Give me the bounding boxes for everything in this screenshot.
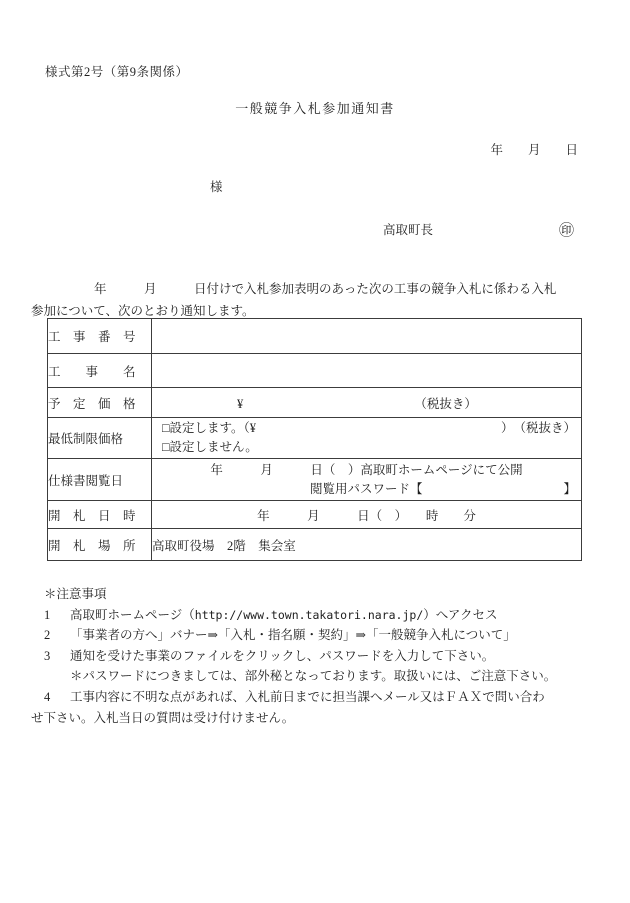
intro-line-1: 年 月 日付けで入札参加表明のあった次の工事の競争入札に係わる入札 <box>31 278 599 300</box>
construction-number-label: 工 事 番 号 <box>48 319 152 354</box>
opening-datetime-row: 開 札 日 時 年 月 日（ ） 時 分 <box>48 501 582 529</box>
opening-datetime-label: 開 札 日 時 <box>48 501 152 529</box>
planned-price-value: ¥ （税抜き） <box>152 388 582 418</box>
minimum-price-set-suffix: ） （税抜き） <box>501 419 576 438</box>
password-blank-space <box>423 480 564 499</box>
note-2-text: 「事業者の方へ」バナー⇒「入札・指名願・契約」⇒「一般競争入札について」 <box>31 625 606 646</box>
opening-place-label: 開 札 場 所 <box>48 529 152 561</box>
minimum-price-option-set: □設定します。（¥ ） （税抜き） <box>152 419 581 438</box>
planned-price-row: 予 定 価 格 ¥ （税抜き） <box>48 388 582 418</box>
opening-place-value: 高取町役場 2階 集会室 <box>152 529 582 561</box>
construction-name-value <box>152 354 582 388</box>
notes-heading: ＊注意事項 <box>31 584 606 605</box>
spec-view-date-line: 年 月 日（ ）高取町ホームページにて公開 <box>152 461 581 480</box>
note-1-url: http://www.town.takatori.nara.jp/ <box>195 608 423 622</box>
seal-stamp-icon: ㊞ <box>559 219 574 240</box>
note-1-number: 1 <box>44 605 50 626</box>
issuer-name: 高取町長 <box>383 220 433 238</box>
checkbox-not-set-option: □設定しません。 <box>152 438 581 457</box>
construction-number-value <box>152 319 582 354</box>
issuer-line: 高取町長 ㊞ <box>0 220 630 238</box>
checkbox-set-option: □設定します。（¥ <box>162 419 256 438</box>
tax-exclusion-note: （税抜き） <box>414 397 477 411</box>
note-2-number: 2 <box>44 625 50 646</box>
construction-name-label: 工 事 名 <box>48 354 152 388</box>
note-1-suffix: ）へアクセス <box>423 608 497 622</box>
form-number: 様式第2号（第9条関係） <box>45 62 189 80</box>
notice-table: 工 事 番 号 工 事 名 予 定 価 格 ¥ （税抜き） 最低制限価格 □設定… <box>47 318 582 561</box>
password-bracket-close: 】 <box>563 480 576 499</box>
spec-view-value: 年 月 日（ ）高取町ホームページにて公開 閲覧用パスワード【 】 <box>152 459 582 501</box>
note-3-subnote: ＊パスワードにつきましては、部外秘となっております。取扱いには、ご注意下さい。 <box>31 666 606 687</box>
note-4-number: 4 <box>44 687 50 708</box>
intro-paragraph: 年 月 日付けで入札参加表明のあった次の工事の競争入札に係わる入札 参加について… <box>31 278 599 322</box>
construction-number-row: 工 事 番 号 <box>48 319 582 354</box>
opening-place-row: 開 札 場 所 高取町役場 2階 集会室 <box>48 529 582 561</box>
spec-view-password-line: 閲覧用パスワード【 】 <box>152 480 581 499</box>
currency-symbol: ¥ <box>237 397 243 411</box>
note-1-text: 高取町ホームページ（http://www.town.takatori.nara.… <box>31 605 606 626</box>
minimum-price-label: 最低制限価格 <box>48 418 152 459</box>
password-bracket-open: 閲覧用パスワード【 <box>310 480 423 499</box>
opening-datetime-value: 年 月 日（ ） 時 分 <box>152 501 582 529</box>
recipient-honorific: 様 <box>210 177 223 195</box>
issue-date-line: 年 月 日 <box>490 140 578 158</box>
note-3-number: 3 <box>44 646 50 667</box>
note-item-3: 3 通知を受けた事業のファイルをクリックし、パスワードを入力して下さい。 <box>31 646 606 667</box>
note-item-4: 4 工事内容に不明な点があれば、入札前日までに担当課へメール又はＦＡＸで問い合わ <box>31 687 606 708</box>
spec-view-row: 仕様書閲覧日 年 月 日（ ）高取町ホームページにて公開 閲覧用パスワード【 】 <box>48 459 582 501</box>
note-item-1: 1 高取町ホームページ（http://www.town.takatori.nar… <box>31 605 606 626</box>
construction-name-row: 工 事 名 <box>48 354 582 388</box>
note-item-2: 2 「事業者の方へ」バナー⇒「入札・指名願・契約」⇒「一般競争入札について」 <box>31 625 606 646</box>
minimum-price-row: 最低制限価格 □設定します。（¥ ） （税抜き） □設定しません。 <box>48 418 582 459</box>
note-1-prefix: 高取町ホームページ（ <box>70 608 195 622</box>
spec-view-label: 仕様書閲覧日 <box>48 459 152 501</box>
note-4-text: 工事内容に不明な点があれば、入札前日までに担当課へメール又はＦＡＸで問い合わ <box>31 687 606 708</box>
notes-section: ＊注意事項 1 高取町ホームページ（http://www.town.takato… <box>31 584 606 728</box>
note-3-text: 通知を受けた事業のファイルをクリックし、パスワードを入力して下さい。 <box>31 646 606 667</box>
minimum-price-value: □設定します。（¥ ） （税抜き） □設定しません。 <box>152 418 582 459</box>
document-page: 様式第2号（第9条関係） 一般競争入札参加通知書 年 月 日 様 高取町長 ㊞ … <box>0 0 630 903</box>
planned-price-label: 予 定 価 格 <box>48 388 152 418</box>
note-4-continuation: せ下さい。入札当日の質問は受け付けません。 <box>31 708 606 729</box>
document-title: 一般競争入札参加通知書 <box>0 98 630 117</box>
